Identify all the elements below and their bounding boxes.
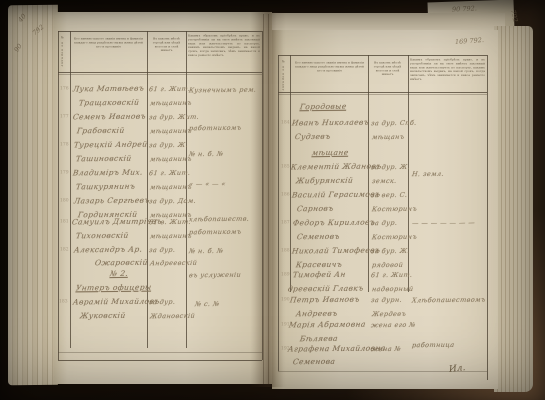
entry-place: за дур. Ж. bbox=[148, 141, 188, 149]
entry-name: Судзевъ bbox=[294, 132, 331, 141]
entry-name: Александръ Ар. bbox=[73, 245, 143, 255]
entry-place: жена № bbox=[370, 345, 401, 353]
entry-place: за дур. Жит. bbox=[148, 113, 199, 122]
table-line bbox=[278, 94, 487, 95]
entry-name: Андреевъ bbox=[295, 309, 338, 318]
entry-place: мѣщанинъ bbox=[149, 155, 192, 163]
entry-note: № с. № bbox=[194, 300, 220, 308]
column-header-name: Кто именно какого званія имена и фамиліи… bbox=[72, 37, 145, 49]
entry-place: за бур. Ж. bbox=[370, 247, 410, 255]
entry-place: Ждановскій bbox=[149, 312, 195, 320]
entry-place: 61 г. Жит. bbox=[148, 85, 191, 93]
top-edge-page-number: 90 792. bbox=[452, 4, 477, 13]
entry-place: жена его № bbox=[370, 321, 416, 329]
book-spread-photo: 40 792 90 792 90 792. 169 792. № по поря… bbox=[0, 0, 545, 400]
entry-name: Семенова bbox=[292, 357, 336, 366]
column-header-number: № по порядку bbox=[281, 60, 285, 92]
entry-place: 61 г. Жит. bbox=[148, 169, 191, 177]
entry-place: земск. bbox=[371, 177, 397, 185]
gutter-crease bbox=[268, 14, 269, 384]
entry-name: Марія Абрамовна bbox=[288, 320, 366, 330]
entry-name: Ожаровскій bbox=[94, 258, 148, 268]
table-line bbox=[70, 31, 71, 348]
row-number: 187 bbox=[281, 220, 290, 225]
entry-place: мѣщанинъ bbox=[149, 99, 192, 107]
entry-note: № н. б. № bbox=[188, 150, 224, 158]
entry-name: Аврамій Михайловъ bbox=[72, 297, 160, 307]
entry-name: Тихоновскій bbox=[75, 231, 129, 241]
entry-name: Жибурянскій bbox=[295, 176, 353, 186]
entry-place: за дур. Спб. bbox=[370, 119, 417, 127]
column-header-place: Въ какомъ мѣстѣ городѣ или уѣздѣ волости… bbox=[370, 61, 405, 77]
section-heading: Унтеръ офицеры bbox=[75, 283, 152, 293]
row-number: 184 bbox=[281, 120, 290, 125]
entry-place: Костюринъ bbox=[371, 205, 417, 213]
table-line bbox=[487, 55, 488, 380]
table-line bbox=[290, 55, 291, 292]
entry-note: № н. б. № bbox=[188, 247, 224, 255]
row-number: 181 bbox=[60, 219, 69, 224]
entry-place: Андреевскій bbox=[149, 259, 197, 267]
section-heading: Городовые bbox=[299, 102, 347, 111]
entry-note: въ услуженіи bbox=[188, 271, 241, 280]
entry-note: Н. земл. bbox=[411, 170, 444, 178]
fore-edge-number-note: 792 bbox=[509, 9, 519, 23]
entry-place: за дур. Дом. bbox=[148, 197, 196, 205]
entry-name: Федоръ Кирилловъ bbox=[292, 218, 376, 228]
row-number: 180 bbox=[60, 198, 69, 203]
entry-note: Хлѣбопашествомъ bbox=[411, 296, 486, 305]
entry-note: « — « — « bbox=[188, 180, 226, 188]
row-number: 179 bbox=[60, 170, 69, 175]
section-heading: № 2. bbox=[109, 269, 128, 278]
entry-name: Ташиновскій bbox=[75, 154, 132, 164]
entry-place: надворный bbox=[371, 285, 414, 293]
entry-name: Сарновъ bbox=[296, 204, 334, 213]
entry-name: Лазарь Сергѣевъ bbox=[73, 196, 150, 206]
entry-note: Кузнечнымъ рем. bbox=[188, 86, 256, 95]
entry-place: 61 г. Жит. bbox=[370, 271, 413, 279]
column-header-name: Кто именно какого званія имена и фамиліи… bbox=[293, 61, 366, 73]
table-line bbox=[278, 55, 487, 56]
column-header-note: Какимъ образомъ пріобрѣлъ право, и въ уп… bbox=[188, 34, 260, 57]
entry-place: мѣщанъ bbox=[371, 133, 405, 141]
entry-name: Тращаковскій bbox=[78, 98, 140, 108]
section-heading: мѣщане bbox=[311, 148, 349, 157]
table-line bbox=[58, 31, 59, 360]
entry-name: Семенъ Ивановъ bbox=[72, 112, 146, 122]
row-number: 186 bbox=[281, 192, 290, 197]
entry-name: Лука Матвѣевъ bbox=[72, 84, 144, 94]
left-page-edge-stack bbox=[8, 5, 58, 386]
entry-note: работникомъ bbox=[188, 228, 242, 237]
entry-name: Турецкій Андрей bbox=[73, 140, 148, 150]
table-line bbox=[278, 55, 279, 371]
entry-name: Николай Тимофеевъ bbox=[291, 246, 381, 256]
entry-name: Иванъ Николаевъ bbox=[291, 118, 369, 128]
entry-name: Бѣляева bbox=[299, 334, 338, 343]
entry-note: работница bbox=[411, 341, 455, 349]
row-number: 177 bbox=[60, 114, 69, 119]
entry-place: за дур. bbox=[370, 219, 397, 227]
entry-place: мѣщанинъ bbox=[149, 232, 192, 240]
entry-place: рядовой bbox=[371, 261, 403, 269]
entry-place: за дур. bbox=[148, 298, 175, 306]
entry-name: Петръ Ивановъ bbox=[289, 295, 360, 305]
row-number: 185 bbox=[281, 164, 290, 169]
row-number: 189 bbox=[281, 272, 290, 277]
entry-place: 61 в. Жит. bbox=[148, 218, 191, 226]
table-line bbox=[58, 74, 262, 75]
row-number: 182 bbox=[60, 247, 69, 252]
entry-note: хлѣбопашеств. bbox=[188, 215, 249, 224]
entry-name: Ташкурянинъ bbox=[75, 182, 136, 192]
table-line bbox=[58, 31, 262, 32]
column-header-note: Какимъ образомъ пріобрѣлъ право, и въ уп… bbox=[410, 58, 485, 81]
entry-name: Семеновъ bbox=[296, 232, 340, 241]
gutter-crease bbox=[263, 14, 264, 384]
entry-name: Грабовскій bbox=[76, 126, 125, 135]
entry-place: за дурн. bbox=[370, 296, 402, 304]
entry-place: мѣщанинъ bbox=[149, 183, 192, 191]
row-number: 188 bbox=[281, 248, 290, 253]
entry-name: Василій Герасимовъ bbox=[291, 190, 381, 200]
right-fore-edge-stack bbox=[494, 26, 533, 392]
row-number: 178 bbox=[60, 142, 69, 147]
row-number: 190 bbox=[281, 297, 290, 302]
table-line bbox=[278, 92, 487, 93]
table-line bbox=[262, 31, 263, 360]
table-line bbox=[368, 55, 369, 292]
entry-note: работникомъ bbox=[188, 124, 242, 133]
row-number: 176 bbox=[60, 86, 69, 91]
column-header-place: Въ какомъ мѣстѣ городѣ или уѣздѣ волости… bbox=[149, 37, 184, 53]
entry-place: Жердевъ bbox=[371, 310, 406, 318]
entry-name: Клементій Ждановъ bbox=[290, 162, 382, 172]
entry-place: мѣщанинъ bbox=[149, 127, 192, 135]
clerk-signature: Ил. bbox=[449, 363, 466, 375]
entry-place: за дур. Ж. bbox=[370, 163, 410, 171]
entry-name: Жуковскій bbox=[79, 311, 126, 320]
entry-name: Красевичъ bbox=[295, 260, 342, 269]
entry-name: Тимофей Ан bbox=[292, 270, 346, 280]
column-header-number: № по порядку bbox=[60, 36, 64, 70]
entry-name: Владиміръ Мих. bbox=[72, 168, 143, 178]
table-line bbox=[58, 72, 262, 73]
table-line bbox=[58, 352, 262, 353]
entry-place: Костюринъ bbox=[371, 233, 417, 241]
row-number: 183 bbox=[59, 299, 68, 304]
entry-place: за вер. С. bbox=[370, 191, 408, 199]
table-line bbox=[58, 360, 262, 361]
entry-name: дреевскій Главкъ bbox=[287, 284, 364, 294]
entry-note: — — — — — — — bbox=[411, 219, 475, 228]
table-line bbox=[408, 55, 409, 292]
entry-place: за дур. bbox=[148, 246, 175, 254]
